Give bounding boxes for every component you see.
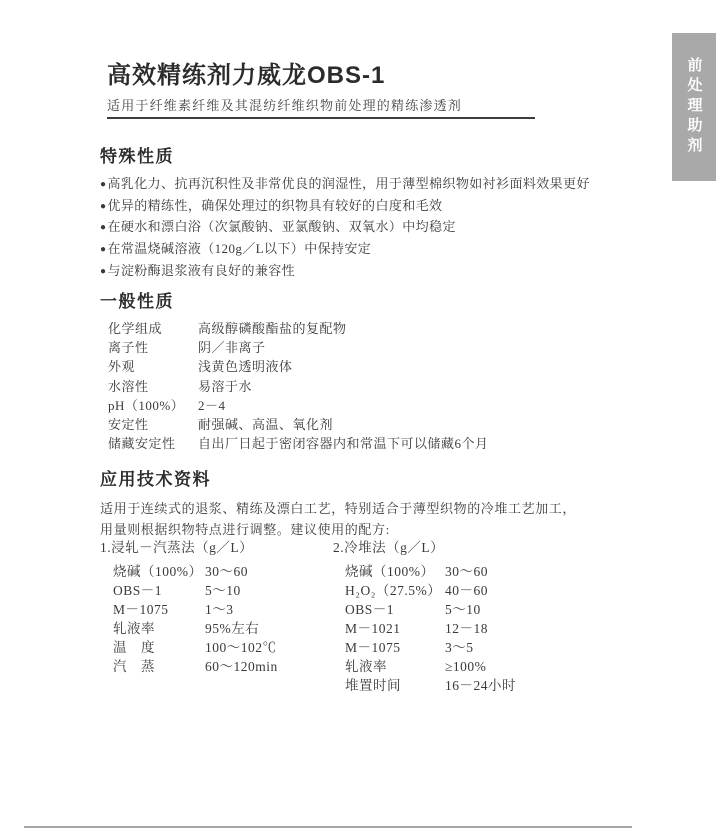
bullet-icon: ● [100,266,106,277]
row-label: M－1075 [113,600,205,619]
list-item: ●在常温烧碱溶液（120g／L以下）中保持安定 [100,239,645,261]
row-value: ≥100% [445,657,486,676]
formula-row: 轧液率≥100% [333,657,603,676]
table-row: 储藏安定性自出厂日起于密闭容器内和常温下可以储藏6个月 [100,434,645,453]
row-value: 高级醇磷酸酯盐的复配物 [198,319,347,338]
row-value: 5～10 [205,581,241,600]
row-value: 5～10 [445,600,481,619]
bullet-icon: ● [100,201,106,212]
formula-row: OBS－15～10 [100,581,335,600]
row-value: 2－4 [198,396,226,415]
bullet-list: ●高乳化力、抗再沉积性及非常优良的润湿性，用于薄型棉织物如衬衫面料效果更好 ●优… [100,174,645,283]
row-label: 汽 蒸 [113,657,205,676]
row-value: 95%左右 [205,619,259,638]
row-value: 30～60 [445,562,488,581]
row-label: OBS－1 [345,600,445,619]
row-value: 30～60 [205,562,248,581]
formula-row: 烧碱（100%）30～60 [100,562,335,581]
formula-row: 汽 蒸60～120min [100,657,335,676]
formula-title: 2.冷堆法（g／L） [333,538,603,557]
section-general-properties: 一般性质 化学组成高级醇磷酸酯盐的复配物 离子性阴／非离子 外观浅黄色透明液体 … [100,287,645,453]
list-item: ●在硬水和漂白浴（次氯酸钠、亚氯酸钠、双氧水）中均稳定 [100,217,645,239]
table-row: 离子性阴／非离子 [100,338,645,357]
row-value: 40－60 [445,581,488,600]
table-row: pH（100%）2－4 [100,396,645,415]
list-item-text: 在硬水和漂白浴（次氯酸钠、亚氯酸钠、双氧水）中均稳定 [107,219,455,234]
row-label: 储藏安定性 [108,434,198,453]
row-value: 阴／非离子 [198,338,266,357]
row-label: OBS－1 [113,581,205,600]
row-label: 安定性 [108,415,198,434]
row-value: 1～3 [205,600,234,619]
list-item-text: 与淀粉酶退浆液有良好的兼容性 [107,263,295,278]
bullet-icon: ● [100,179,106,190]
section-special-properties: 特殊性质 ●高乳化力、抗再沉积性及非常优良的润湿性，用于薄型棉织物如衬衫面料效果… [100,142,645,283]
list-item-text: 高乳化力、抗再沉积性及非常优良的润湿性，用于薄型棉织物如衬衫面料效果更好 [107,176,589,191]
row-label: 外观 [108,357,198,376]
intro-line: 用量则根据织物特点进行调整。建议使用的配方: [100,519,645,540]
footer-divider [24,826,632,828]
side-index-tab: 前处理助剂 [672,33,716,181]
table-row: 化学组成高级醇磷酸酯盐的复配物 [100,319,645,338]
row-value: 12－18 [445,619,488,638]
formula-row: M－10751～3 [100,600,335,619]
page-subtitle: 适用于纤维素纤维及其混纺纤维织物前处理的精练渗透剂 [107,95,462,114]
formula-row: 烧碱（100%）30～60 [333,562,603,581]
row-value: 自出厂日起于密闭容器内和常温下可以储藏6个月 [198,434,489,453]
row-label: 堆置时间 [345,676,445,695]
row-label: M－1075 [345,638,445,657]
row-label: H₂O₂（27.5%） [345,581,445,600]
row-value: 60～120min [205,657,278,676]
row-label: 离子性 [108,338,198,357]
page-title: 高效精练剂力威龙OBS-1 [107,55,385,90]
row-value: 100～102℃ [205,638,277,657]
list-item: ●与淀粉酶退浆液有良好的兼容性 [100,261,645,283]
formula-row: M－102112－18 [333,619,603,638]
section-heading: 一般性质 [100,287,645,312]
row-label: pH（100%） [108,396,198,415]
properties-table: 化学组成高级醇磷酸酯盐的复配物 离子性阴／非离子 外观浅黄色透明液体 水溶性易溶… [100,319,645,453]
list-item-text: 优异的精练性，确保处理过的织物具有较好的白度和毛效 [107,198,442,213]
formula-row: 温 度100～102℃ [100,638,335,657]
intro-line: 适用于连续式的退浆、精练及漂白工艺，特别适合于薄型织物的冷堆工艺加工， [100,498,645,519]
side-index-tab-label: 前处理助剂 [687,57,702,157]
row-label: 温 度 [113,638,205,657]
row-label: 水溶性 [108,377,198,396]
formula-row: 堆置时间16－24小时 [333,676,603,695]
formula-cold-pad-batch: 2.冷堆法（g／L） 烧碱（100%）30～60 H₂O₂（27.5%）40－6… [333,538,603,695]
formula-row: 轧液率95%左右 [100,619,335,638]
section-application-data: 应用技术资料 适用于连续式的退浆、精练及漂白工艺，特别适合于薄型织物的冷堆工艺加… [100,465,645,540]
table-row: 外观浅黄色透明液体 [100,357,645,376]
row-label: 化学组成 [108,319,198,338]
row-value: 耐强碱、高温、氧化剂 [198,415,333,434]
list-item-text: 在常温烧碱溶液（120g／L以下）中保持安定 [107,241,371,256]
row-label: 烧碱（100%） [345,562,445,581]
table-row: 安定性耐强碱、高温、氧化剂 [100,415,645,434]
bullet-icon: ● [100,222,106,233]
row-label: 轧液率 [113,619,205,638]
row-value: 易溶于水 [198,377,252,396]
bullet-icon: ● [100,244,106,255]
title-divider [107,117,535,119]
formula-row: OBS－15～10 [333,600,603,619]
section-heading: 应用技术资料 [100,465,645,490]
row-value: 浅黄色透明液体 [198,357,293,376]
list-item: ●高乳化力、抗再沉积性及非常优良的润湿性，用于薄型棉织物如衬衫面料效果更好 [100,174,645,196]
application-intro: 适用于连续式的退浆、精练及漂白工艺，特别适合于薄型织物的冷堆工艺加工， 用量则根… [100,498,645,540]
section-heading: 特殊性质 [100,142,645,167]
formula-title: 1.浸轧－汽蒸法（g／L） [100,538,335,557]
row-value: 3～5 [445,638,474,657]
list-item: ●优异的精练性，确保处理过的织物具有较好的白度和毛效 [100,196,645,218]
row-value: 16－24小时 [445,676,516,695]
formula-row: H₂O₂（27.5%）40－60 [333,581,603,600]
formula-row: M－10753～5 [333,638,603,657]
row-label: 烧碱（100%） [113,562,205,581]
row-label: M－1021 [345,619,445,638]
formula-pad-steam: 1.浸轧－汽蒸法（g／L） 烧碱（100%）30～60 OBS－15～10 M－… [100,538,335,676]
table-row: 水溶性易溶于水 [100,377,645,396]
row-label: 轧液率 [345,657,445,676]
